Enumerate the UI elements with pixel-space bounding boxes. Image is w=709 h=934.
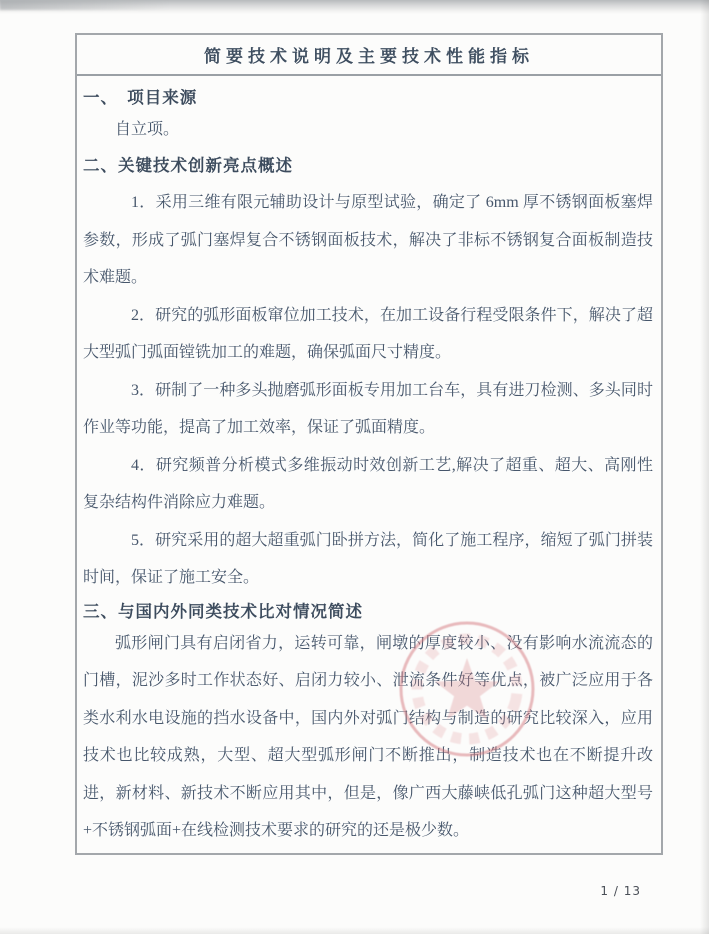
- paragraph-comparison: 弧形闸门具有启闭省力，运转可靠，闸墩的厚度较小、没有影响水流流态的门槽，泥沙多时…: [83, 625, 653, 850]
- document-table: 简要技术说明及主要技术性能指标 一、 项目来源 自立项。 二、关键技术创新亮点概…: [75, 33, 663, 855]
- section-heading-project-source: 一、 项目来源: [83, 85, 653, 111]
- innovation-list: 1．采用三维有限元辅助设计与原型试验，确定了 6mm 厚不锈钢面板塞焊参数，形成…: [83, 184, 653, 597]
- innovation-item-4: 4．研究频普分析模式多维振动时效创新工艺,解决了超重、超大、高刚性复杂结构件消除…: [83, 447, 653, 522]
- paragraph-project-source: 自立项。: [83, 115, 653, 145]
- scan-edge-bottom: [0, 927, 709, 934]
- innovation-item-2: 2．研究的弧形面板窜位加工技术，在加工设备行程受限条件下，解决了超大型弧门弧面镗…: [83, 297, 653, 372]
- page-number: 1 / 13: [75, 884, 641, 898]
- innovation-item-5: 5．研究采用的超大超重弧门卧拼方法，简化了施工程序，缩短了弧门拼装时间，保证了施…: [83, 522, 653, 597]
- page-title: 简要技术说明及主要技术性能指标: [77, 35, 661, 76]
- document-body: 一、 项目来源 自立项。 二、关键技术创新亮点概述 1．采用三维有限元辅助设计与…: [77, 85, 661, 850]
- section-heading-comparison: 三、与国内外同类技术比对情况简述: [83, 599, 653, 625]
- scan-smudge: [0, 0, 170, 10]
- section-heading-key-innovations: 二、关键技术创新亮点概述: [83, 153, 653, 179]
- innovation-item-3: 3．研制了一种多头抛磨弧形面板专用加工台车，具有进刀检测、多头同时作业等功能，提…: [83, 372, 653, 447]
- innovation-item-1: 1．采用三维有限元辅助设计与原型试验，确定了 6mm 厚不锈钢面板塞焊参数，形成…: [83, 184, 653, 297]
- scan-edge-right: [700, 0, 709, 934]
